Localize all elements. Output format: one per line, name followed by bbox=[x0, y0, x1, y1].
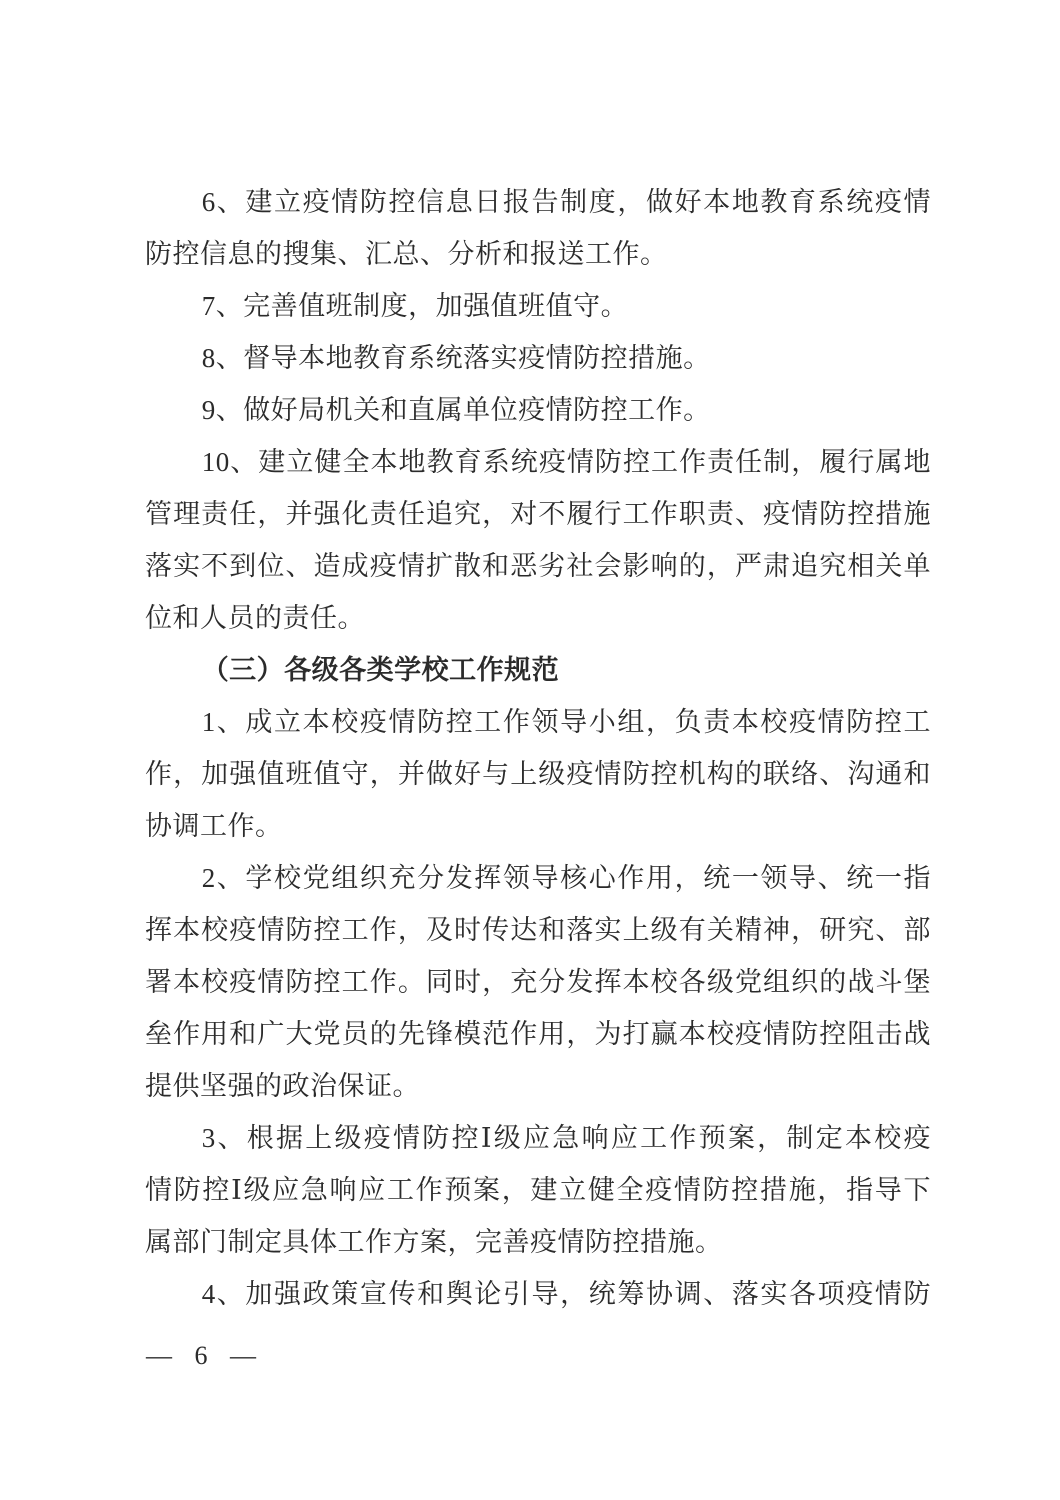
section-heading: （三）各级各类学校工作规范 bbox=[145, 644, 931, 696]
doc-line: 作，加强值班值守，并做好与上级疫情防控机构的联络、沟通和 bbox=[145, 748, 931, 800]
document-page: 6、建立疫情防控信息日报告制度，做好本地教育系统疫情 防控信息的搜集、汇总、分析… bbox=[0, 0, 1060, 1500]
doc-line: 管理责任，并强化责任追究，对不履行工作职责、疫情防控措施 bbox=[145, 488, 931, 540]
document-body: 6、建立疫情防控信息日报告制度，做好本地教育系统疫情 防控信息的搜集、汇总、分析… bbox=[145, 176, 931, 1320]
doc-line: 6、建立疫情防控信息日报告制度，做好本地教育系统疫情 bbox=[145, 176, 931, 228]
doc-line: 防控信息的搜集、汇总、分析和报送工作。 bbox=[145, 228, 931, 280]
doc-line: 属部门制定具体工作方案，完善疫情防控措施。 bbox=[145, 1216, 931, 1268]
doc-line: 落实不到位、造成疫情扩散和恶劣社会影响的，严肃追究相关单 bbox=[145, 540, 931, 592]
doc-line: 情防控Ⅰ级应急响应工作预案，建立健全疫情防控措施，指导下 bbox=[145, 1164, 931, 1216]
doc-line: 7、完善值班制度，加强值班值守。 bbox=[145, 280, 931, 332]
page-number: — 6 — bbox=[146, 1330, 256, 1382]
doc-line: 协调工作。 bbox=[145, 800, 931, 852]
doc-line: 4、加强政策宣传和舆论引导，统筹协调、落实各项疫情防 bbox=[145, 1268, 931, 1320]
doc-line: 提供坚强的政治保证。 bbox=[145, 1060, 931, 1112]
doc-line: 挥本校疫情防控工作，及时传达和落实上级有关精神，研究、部 bbox=[145, 904, 931, 956]
doc-line: 3、根据上级疫情防控Ⅰ级应急响应工作预案，制定本校疫 bbox=[145, 1112, 931, 1164]
doc-line: 1、成立本校疫情防控工作领导小组，负责本校疫情防控工 bbox=[145, 696, 931, 748]
doc-line: 2、学校党组织充分发挥领导核心作用，统一领导、统一指 bbox=[145, 852, 931, 904]
doc-line: 8、督导本地教育系统落实疫情防控措施。 bbox=[145, 332, 931, 384]
doc-line: 垒作用和广大党员的先锋模范作用，为打赢本校疫情防控阻击战 bbox=[145, 1008, 931, 1060]
doc-line: 9、做好局机关和直属单位疫情防控工作。 bbox=[145, 384, 931, 436]
doc-line: 位和人员的责任。 bbox=[145, 592, 931, 644]
doc-line: 署本校疫情防控工作。同时，充分发挥本校各级党组织的战斗堡 bbox=[145, 956, 931, 1008]
doc-line: 10、建立健全本地教育系统疫情防控工作责任制，履行属地 bbox=[145, 436, 931, 488]
